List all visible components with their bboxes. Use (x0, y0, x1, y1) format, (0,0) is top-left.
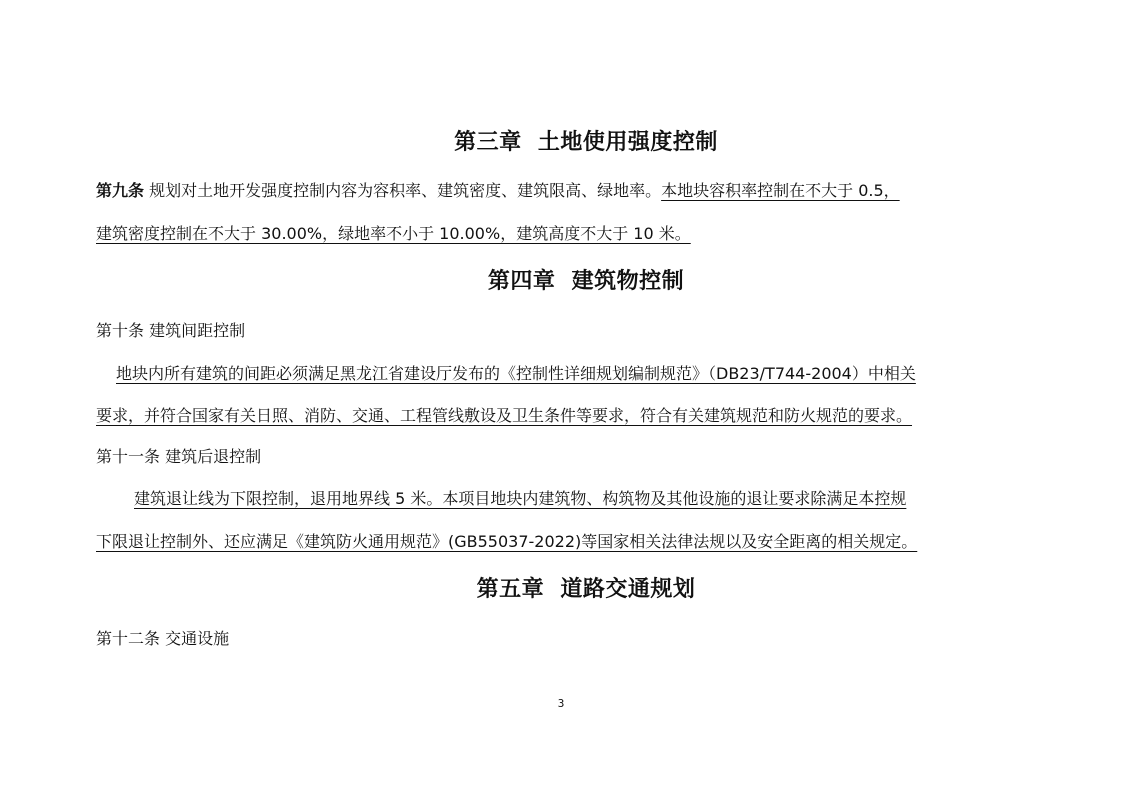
article-10-underlined-text-2: 要求，并符合国家有关日照、消防、交通、工程管线敷设及卫生条件等要求，符合有关建筑… (96, 406, 912, 425)
article-11-line-1: 建筑退让线为下限控制，退用地界线 5 米。本项目地块内建筑物、构筑物及其他设施的… (96, 488, 1028, 510)
article-9-underlined-text-2: 建筑密度控制在不大于 30.00%，绿地率不小于 10.00%，建筑高度不大于 … (96, 224, 691, 243)
chapter-5-heading: 第五章 道路交通规划 (96, 575, 1076, 605)
document-page: 第三章 土地使用强度控制 第九条 规划对土地开发强度控制内容为容积率、建筑密度、… (0, 0, 1122, 793)
article-10-title: 第十条 建筑间距控制 (96, 320, 1028, 342)
article-11-underlined-text-1: 建筑退让线为下限控制，退用地界线 5 米。本项目地块内建筑物、构筑物及其他设施的… (134, 489, 906, 508)
article-11-line-2: 下限退让控制外、还应满足《建筑防火通用规范》(GB55037-2022)等国家相… (96, 531, 1028, 553)
article-9-underlined-text-1: 本地块容积率控制在不大于 0.5， (661, 181, 900, 200)
chapter-3-heading: 第三章 土地使用强度控制 (96, 128, 1076, 158)
article-10-line-1: 地块内所有建筑的间距必须满足黑龙江省建设厅发布的《控制性详细规划编制规范》（DB… (96, 363, 1028, 385)
article-11-underlined-text-2: 下限退让控制外、还应满足《建筑防火通用规范》(GB55037-2022)等国家相… (96, 532, 917, 551)
article-10-underlined-text-1: 地块内所有建筑的间距必须满足黑龙江省建设厅发布的《控制性详细规划编制规范》（DB… (116, 364, 916, 383)
article-11-title: 第十一条 建筑后退控制 (96, 446, 1028, 468)
article-9-line-2: 建筑密度控制在不大于 30.00%，绿地率不小于 10.00%，建筑高度不大于 … (96, 223, 1028, 245)
article-9-line-1: 第九条 规划对土地开发强度控制内容为容积率、建筑密度、建筑限高、绿地率。本地块容… (96, 180, 1028, 202)
chapter-4-heading: 第四章 建筑物控制 (96, 267, 1076, 297)
page-number: 3 (551, 697, 571, 711)
article-9-label: 第九条 (96, 181, 144, 200)
article-9-plain-text: 规划对土地开发强度控制内容为容积率、建筑密度、建筑限高、绿地率。 (144, 181, 661, 200)
article-12-title: 第十二条 交通设施 (96, 628, 1028, 650)
article-10-line-2: 要求，并符合国家有关日照、消防、交通、工程管线敷设及卫生条件等要求，符合有关建筑… (96, 405, 1028, 427)
